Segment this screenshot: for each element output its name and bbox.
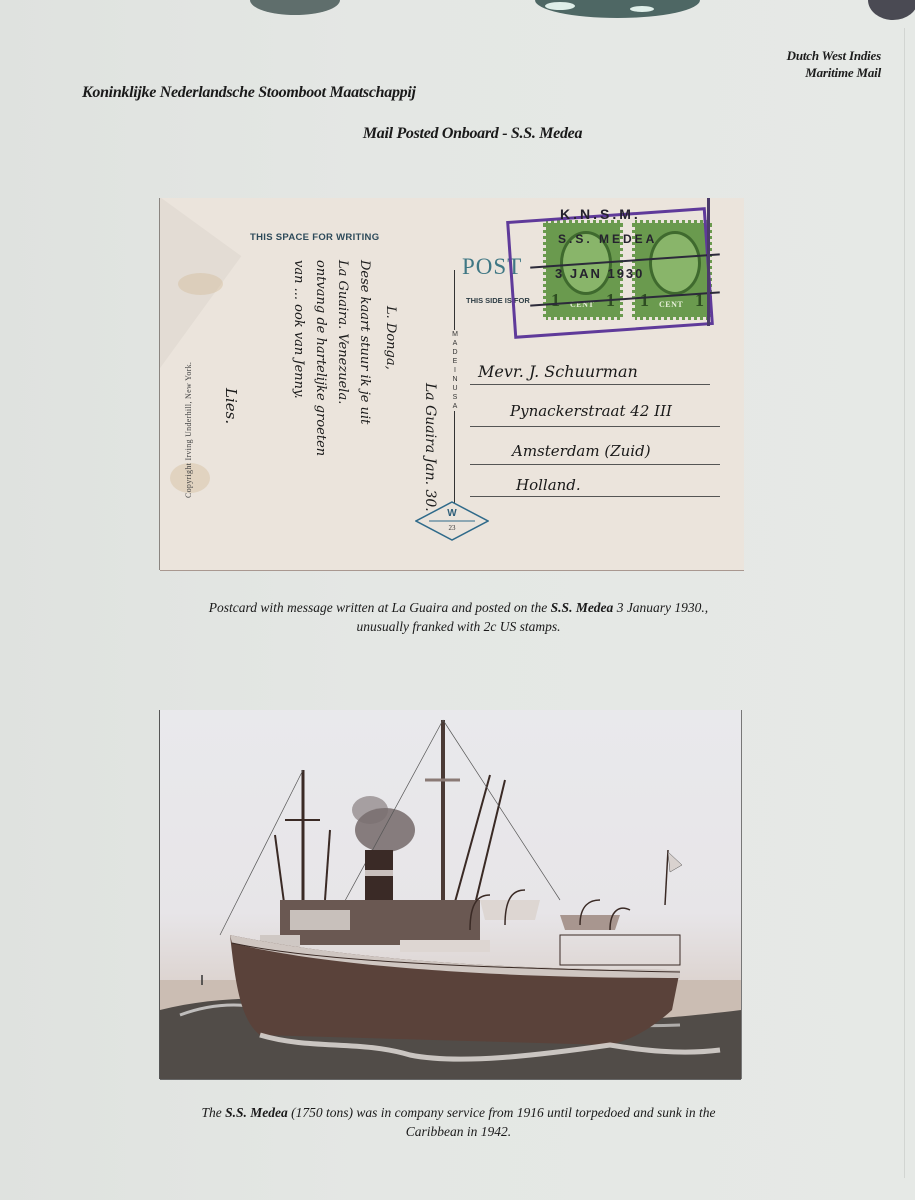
ship-illustration — [160, 710, 741, 1079]
stain — [178, 273, 223, 295]
address-rule — [470, 384, 710, 385]
postcard-image: THIS SPACE FOR WRITING POST THIS SIDE IS… — [160, 198, 744, 570]
ink-mark — [535, 0, 700, 18]
writing-space-label: THIS SPACE FOR WRITING — [250, 232, 379, 243]
section-title: Mail Posted Onboard - S.S. Medea — [0, 125, 915, 143]
caption-text: Postcard with message written at La Guai… — [209, 600, 551, 615]
ink-mark — [250, 0, 340, 15]
caption-line: unusually franked with 2c US stamps. — [2, 617, 915, 636]
address-city: Amsterdam (Zuid) — [512, 442, 651, 460]
exhibit-title: Dutch West Indies Maritime Mail — [787, 47, 881, 81]
postcard-fold-shadow — [160, 198, 241, 467]
publisher-diamond-mark: W 23 — [415, 501, 489, 541]
cancel-text-line1: K.N.S.M. — [560, 206, 641, 222]
address-rule — [470, 464, 720, 465]
postcard-caption: Postcard with message written at La Guai… — [0, 598, 915, 636]
exhibit-title-line: Dutch West Indies — [787, 47, 881, 64]
made-letter: U — [450, 384, 460, 393]
caption-text: The — [202, 1105, 226, 1120]
caption-text: 3 January 1930., — [613, 600, 708, 615]
address-country: Holland. — [516, 476, 581, 494]
caption-ship-name: S.S. Medea — [225, 1105, 288, 1120]
made-letter: A — [450, 339, 460, 348]
message-line: Dese kaart stuur ik je uit — [357, 260, 372, 424]
ink-mark — [868, 0, 915, 20]
ink-highlight — [545, 2, 575, 10]
made-letter: S — [450, 393, 460, 402]
made-letter: E — [450, 357, 460, 366]
message-line: van ... ook van Jenny. — [291, 260, 306, 399]
made-letter: N — [450, 375, 460, 384]
caption-line: Postcard with message written at La Guai… — [2, 598, 915, 617]
signature: Lies. — [222, 388, 240, 424]
address-name: Mevr. J. Schuurman — [478, 362, 638, 381]
cancel-date: 3 JAN 1930 — [555, 266, 644, 281]
diamond-number: 23 — [415, 524, 489, 532]
caption-ship-name: S.S. Medea — [551, 600, 614, 615]
copyright-text: Copyright Irving Underhill, New York. — [184, 362, 193, 498]
address-rule — [470, 426, 720, 427]
caption-text: (1750 tons) was in company service from … — [288, 1105, 716, 1120]
caption-line: The S.S. Medea (1750 tons) was in compan… — [2, 1103, 915, 1122]
company-title: Koninklijke Nederlandsche Stoomboot Maat… — [82, 84, 416, 102]
section-title-text: Mail Posted Onboard - S.S. Medea — [363, 125, 582, 142]
made-letter: I — [450, 366, 460, 375]
message-line: ontvang de hartelijke groeten — [313, 260, 328, 456]
made-letter: D — [450, 348, 460, 357]
place-date: La Guaira Jan. 30. — [422, 383, 438, 512]
cancel-stroke — [707, 198, 710, 326]
made-letter: M — [450, 330, 460, 339]
caption-line: Caribbean in 1942. — [2, 1122, 915, 1141]
exhibit-title-line: Maritime Mail — [787, 64, 881, 81]
message-line: La Guaira. Venezuela. — [335, 260, 350, 404]
ship-photograph — [160, 710, 741, 1079]
made-letter: A — [450, 402, 460, 411]
ink-highlight — [630, 6, 654, 12]
photo-caption: The S.S. Medea (1750 tons) was in compan… — [0, 1103, 915, 1141]
made-in-usa-label: M A D E I N U S A — [450, 330, 460, 411]
address-rule — [470, 496, 720, 497]
diamond-letter: W — [415, 508, 489, 519]
diamond-icon — [415, 501, 489, 541]
cancel-text-line2: S.S. MEDEA — [558, 232, 657, 246]
message-line: L. Donga, — [383, 306, 398, 370]
address-street: Pynackerstraat 42 III — [510, 402, 672, 420]
